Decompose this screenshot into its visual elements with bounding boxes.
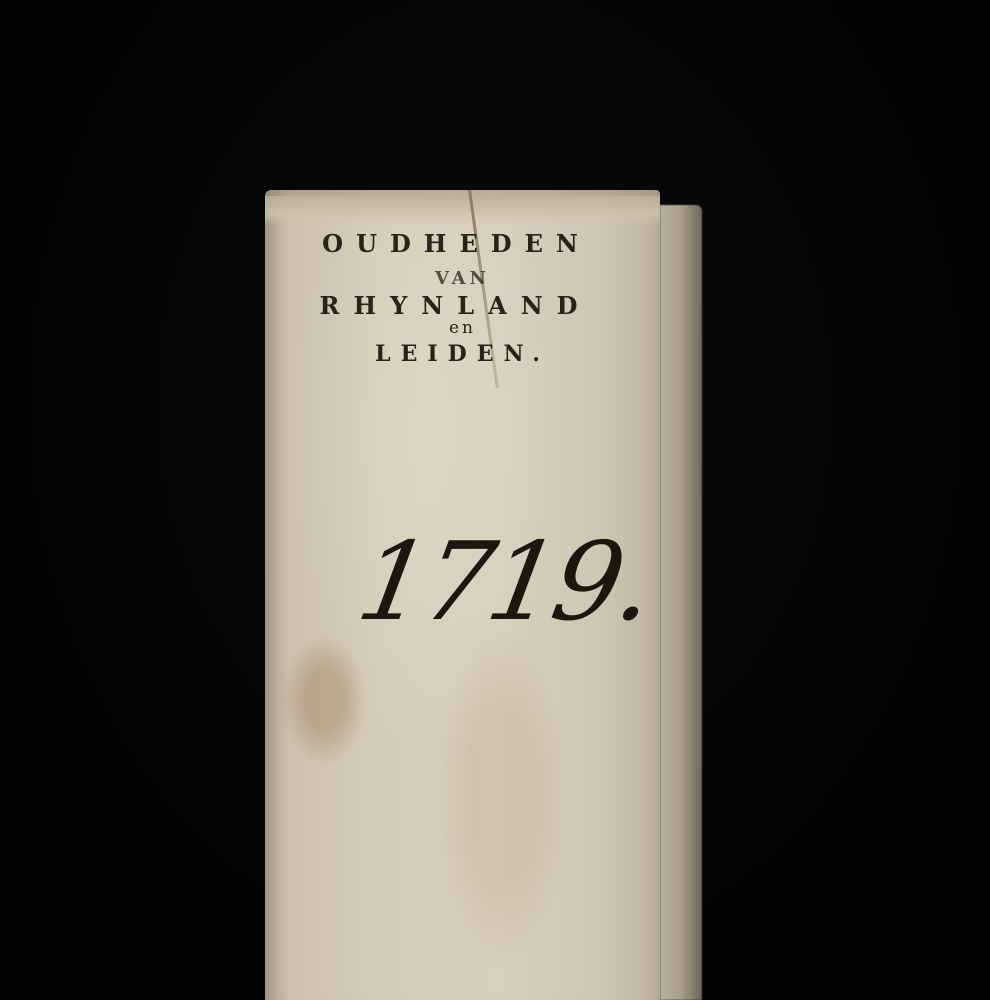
spine-title: OUDHEDEN VAN RHYNLAND en LEIDEN. [265,232,660,365]
handwritten-year: 1719. [349,520,660,645]
title-line-5: LEIDEN. [265,343,660,365]
spine-headcap [265,196,660,226]
book-fore-edge [660,205,702,1000]
title-line-4: en [265,320,660,337]
title-line-2: VAN [265,270,660,288]
title-line-3: RHYNLAND [265,294,660,318]
title-line-1: OUDHEDEN [265,232,660,256]
